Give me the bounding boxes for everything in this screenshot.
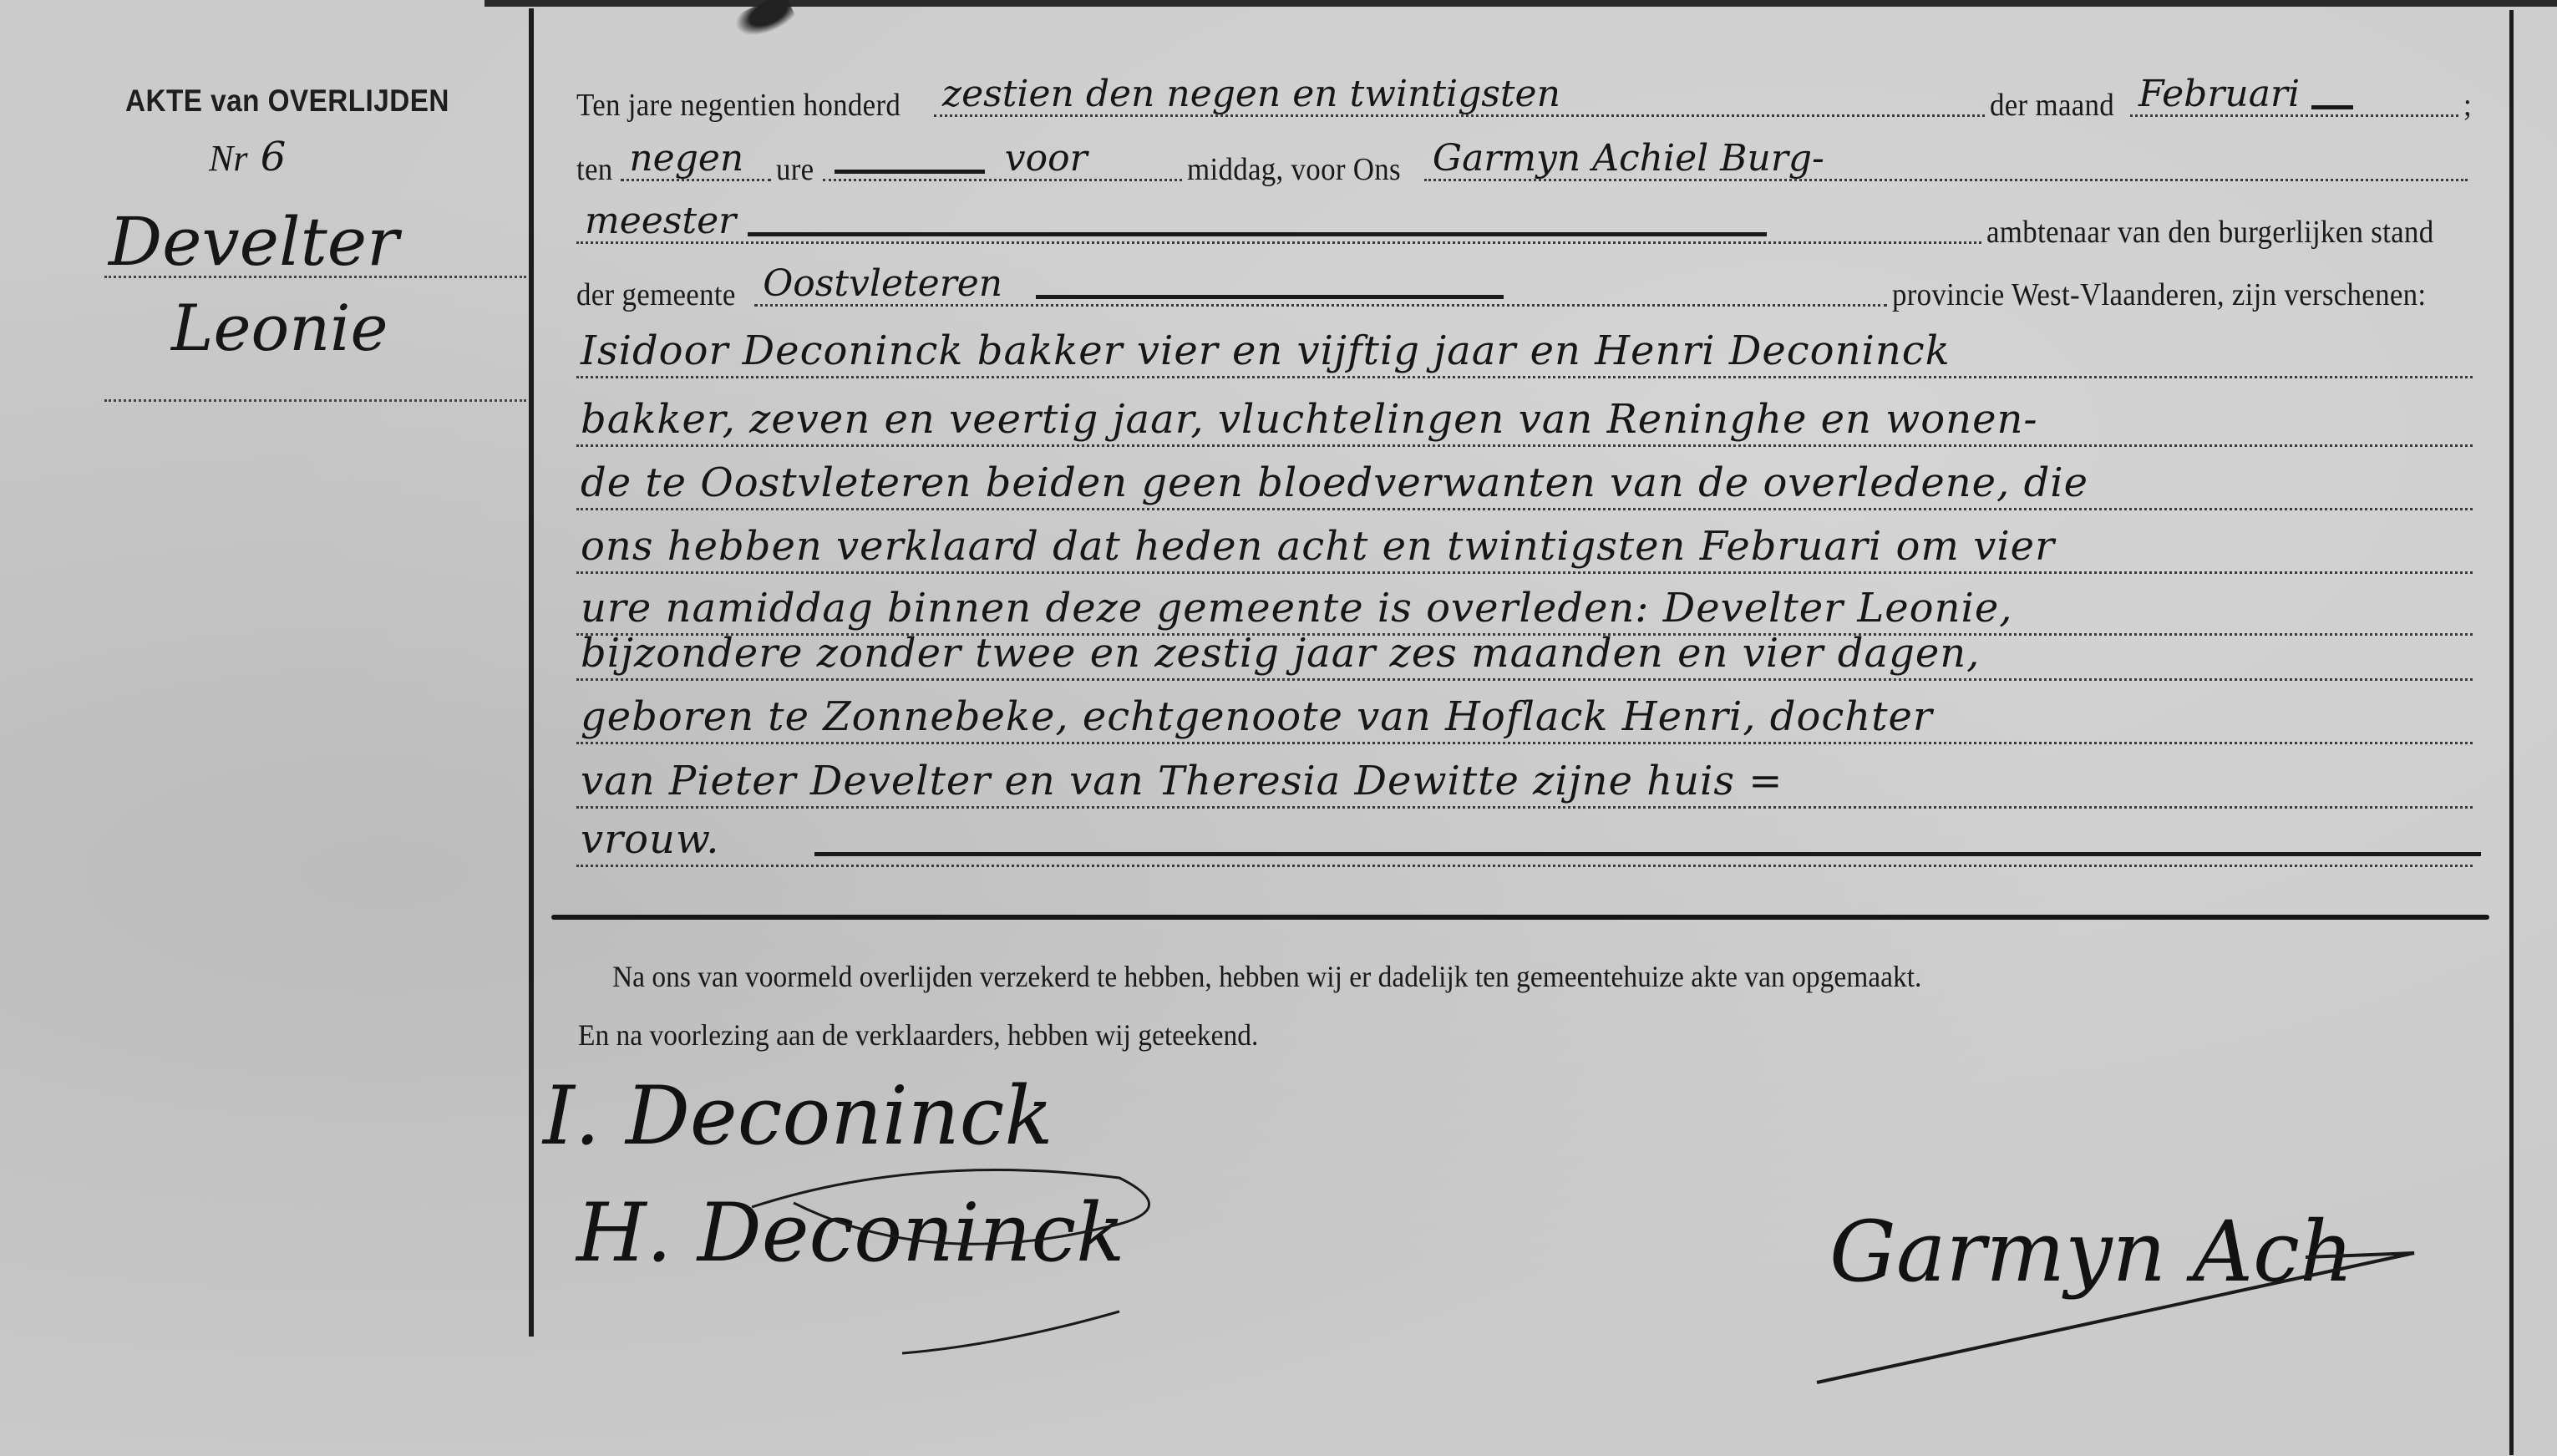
document-page: AKTE van OVERLIJDEN Nr 6 Develter Leonie…	[0, 0, 2557, 1456]
signature-flourishes	[0, 0, 2557, 1456]
